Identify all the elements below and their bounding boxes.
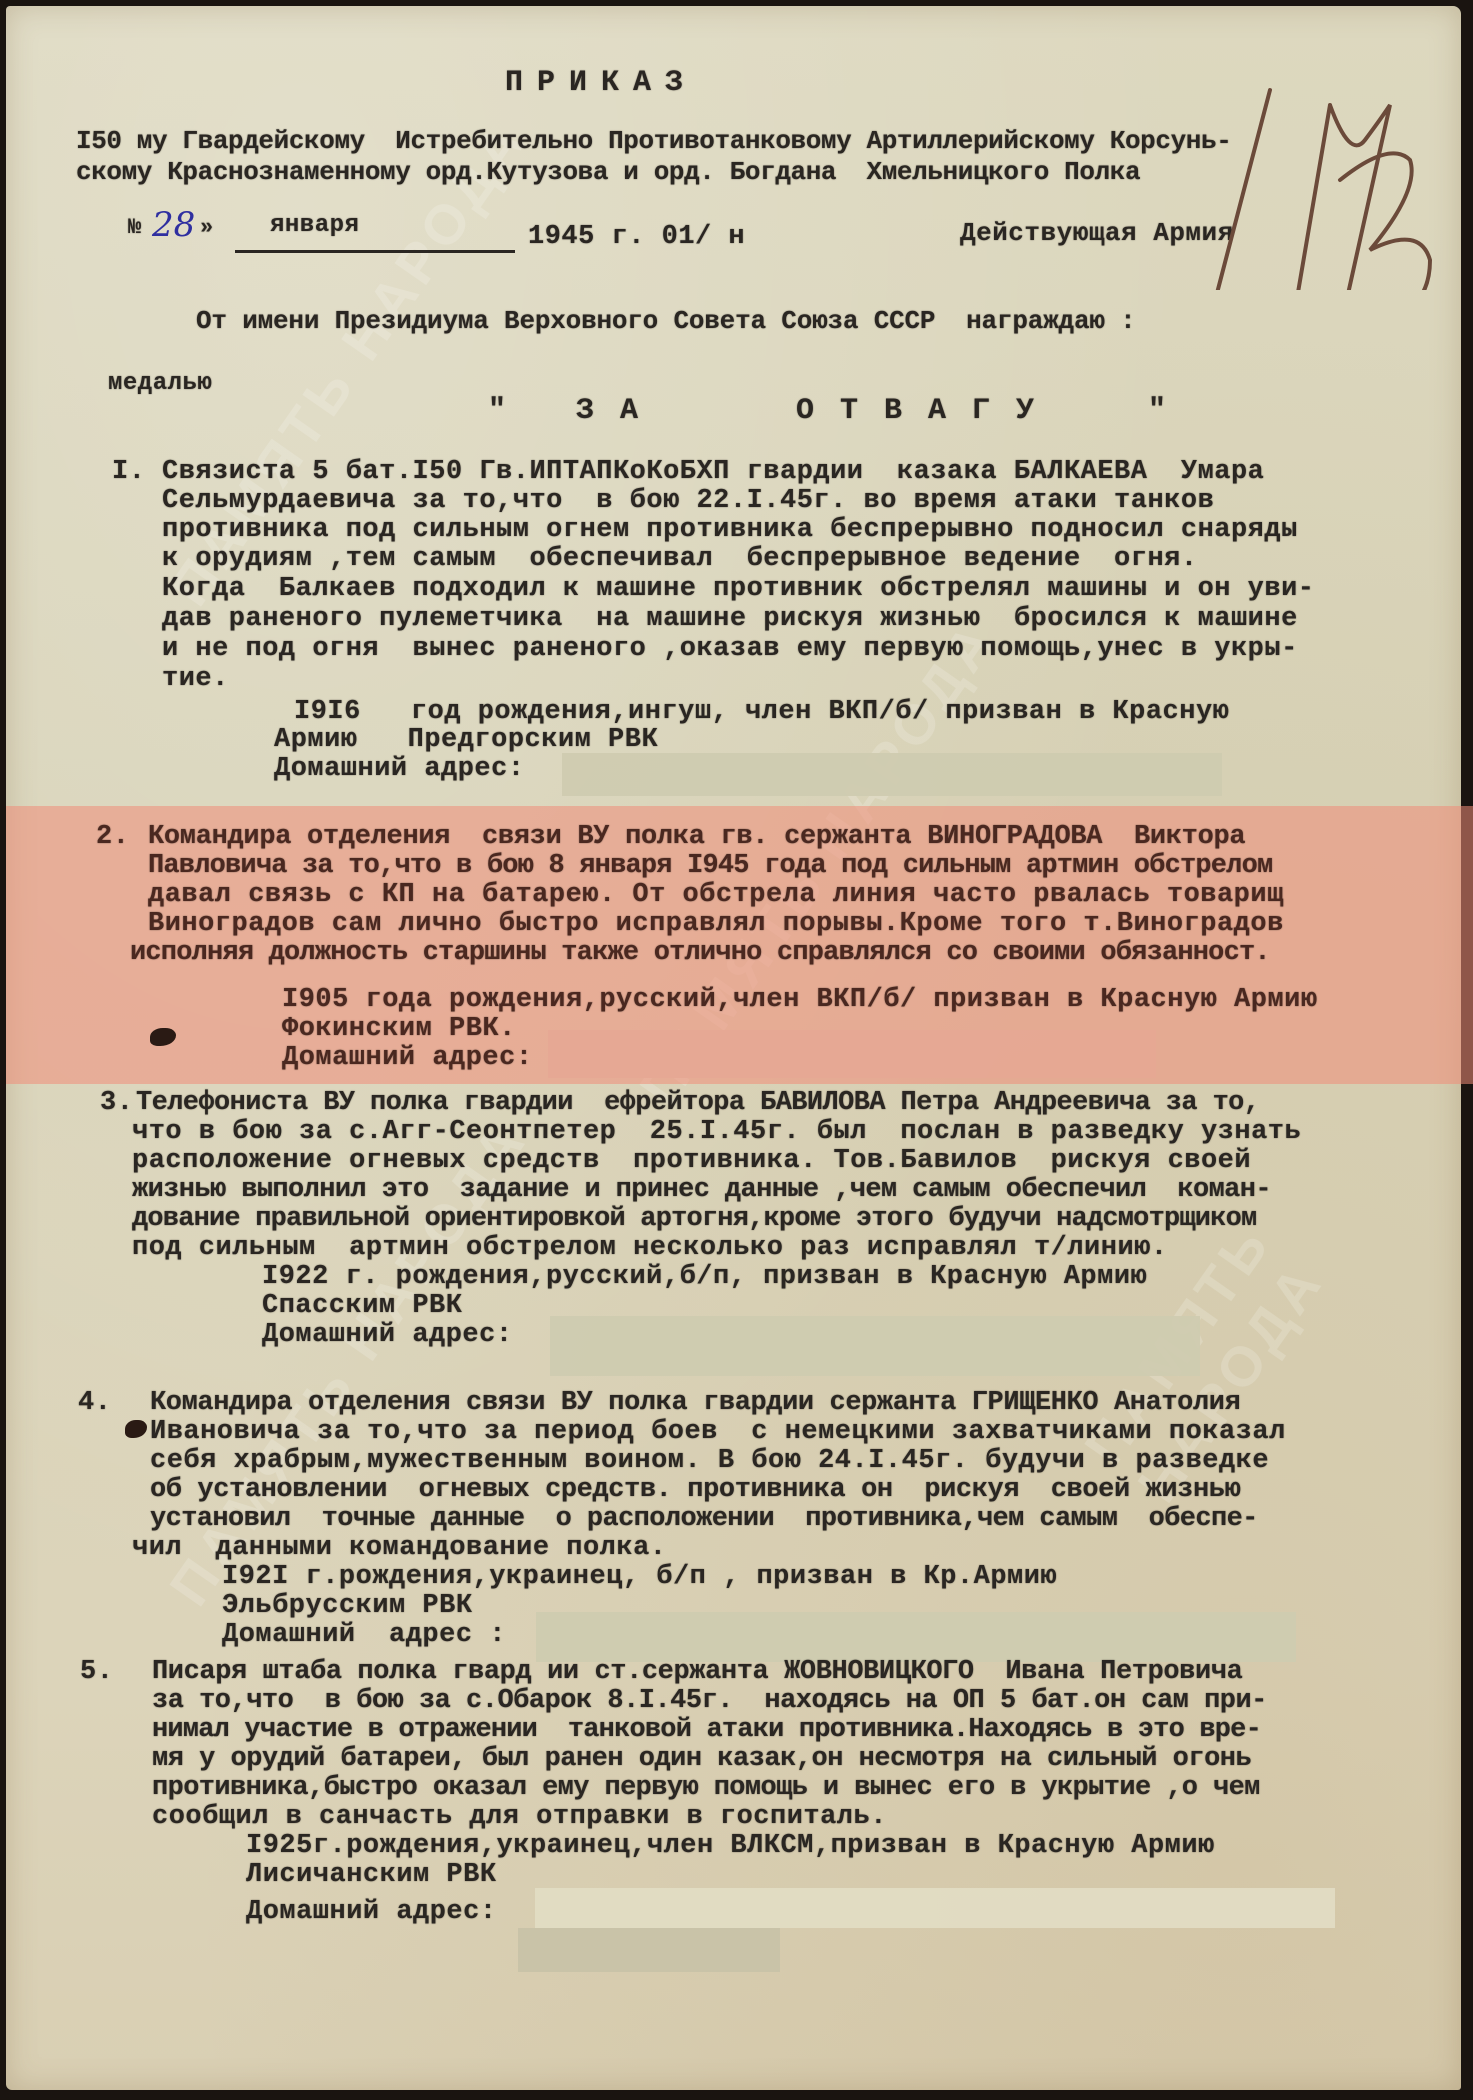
entry-line: исполняя должность старшины также отличн… xyxy=(130,938,1270,968)
bio-line: Армию Предгорским РВК xyxy=(274,725,658,755)
entry-line: дование правильной ориентировкой артогня… xyxy=(132,1204,1256,1234)
bio-line: Домашний адрес: xyxy=(274,754,525,784)
entry-line: под сильным артмин обстрелом несколько р… xyxy=(132,1233,1168,1263)
entry-line: Ивановича за то,что за период боев с нем… xyxy=(150,1417,1286,1447)
bio-line: Домашний адрес: xyxy=(282,1043,533,1073)
handwritten-number-173 xyxy=(1200,50,1440,290)
entry-line: Писаря штаба полка гвард ии ст.сержанта … xyxy=(152,1657,1242,1687)
entry-line: Виноградов сам лично быстро исправлял по… xyxy=(148,909,1284,939)
preamble: От имени Президиума Верховного Совета Со… xyxy=(196,306,1136,336)
item-number: I. xyxy=(112,457,145,487)
bio-line: Спасским РВК xyxy=(262,1291,462,1321)
entry-line: нимал участие в отражении танковой атаки… xyxy=(152,1715,1261,1745)
entry-line: противника,быстро оказал ему первую помо… xyxy=(152,1773,1260,1803)
date-suffix: » xyxy=(200,215,214,240)
bio-line: I905 года рождения,русский,член ВКП/б/ п… xyxy=(282,985,1318,1015)
entry-line: жизнью выполнил это задание и принес дан… xyxy=(132,1175,1271,1205)
redacted-address xyxy=(550,1316,1200,1376)
entry-line: противника под сильным огнем противника … xyxy=(162,515,1298,545)
entry-line: чил данными командование полка. xyxy=(132,1533,666,1563)
bio-line: I925г.рождения,украинец,член ВЛКСМ,призв… xyxy=(246,1831,1215,1861)
entry-line: мя у орудий батареи, был ранен один каза… xyxy=(152,1744,1251,1774)
entry-line: давал связь с КП на батарею. От обстрела… xyxy=(148,880,1284,910)
entry-line: Павловича за то,что в бою 8 января I945 … xyxy=(148,851,1272,881)
entry-line: об установлении огневых средств. противн… xyxy=(150,1475,1240,1505)
award-label: медалью xyxy=(108,370,212,397)
item-number: 5. xyxy=(80,1657,113,1687)
item-number: 4. xyxy=(78,1388,111,1418)
redacted-address xyxy=(562,753,1222,796)
entry-line: за то,что в бою за с.Обарок 8.I.45г. нах… xyxy=(152,1686,1267,1716)
bio-line: I92I г.рождения,украинец, б/п , призван … xyxy=(222,1562,1057,1592)
entry-line: себя храбрым,мужественным воином. В бою … xyxy=(150,1446,1269,1476)
bio-line: Лисичанским РВК xyxy=(246,1860,497,1890)
entry-line: расположение огневых средств противника.… xyxy=(132,1146,1251,1176)
entry-line: Связиста 5 бат.I50 Гв.ИПТАПКоКоБХП гвард… xyxy=(162,457,1264,487)
item-number: 3. xyxy=(100,1088,133,1118)
entry-line: что в бою за с.Агг-Сеонтпетер 25.I.45г. … xyxy=(132,1117,1301,1147)
redacted-address xyxy=(535,1888,1335,1928)
redacted-address xyxy=(518,1928,780,1972)
entry-line: Телефониста ВУ полка гвардии ефрейтора Б… xyxy=(136,1088,1259,1118)
item-number: 2. xyxy=(96,822,129,852)
redacted-address xyxy=(548,1030,1156,1078)
bio-line: I9I6 год рождения,ингуш, член ВКП/б/ при… xyxy=(294,697,1229,727)
entry-line: дав раненого пулеметчика на машине риску… xyxy=(162,604,1298,634)
entry-line: к орудиям ,тем самым обеспечивал беспрер… xyxy=(162,544,1198,574)
date-prefix: № xyxy=(128,215,142,240)
entry-line: установил точные данные о расположении п… xyxy=(150,1504,1258,1534)
bio-line: Домашний адрес : xyxy=(222,1620,506,1650)
award-name: " ЗА ОТВАГУ " xyxy=(488,394,1192,428)
month-underline xyxy=(235,250,515,253)
entry-line: и не под огня вынес раненого ,оказав ему… xyxy=(162,634,1298,664)
date-month: января xyxy=(270,212,359,239)
bio-line: Домашний адрес: xyxy=(262,1320,513,1350)
date-year-number: 1945 г. 01/ н xyxy=(528,222,745,252)
bio-line: I922 г. рождения,русский,б/п, призван в … xyxy=(262,1262,1147,1292)
redacted-address xyxy=(536,1612,1296,1662)
entry-line: тие. xyxy=(162,664,229,694)
unit-name-line-2: скому Краснознаменному орд.Кутузова и ор… xyxy=(76,157,1140,187)
entry-line: Командира отделения связи ВУ полка гв. с… xyxy=(148,822,1245,852)
unit-name-line-1: I50 му Гвардейскому Истребительно Против… xyxy=(76,126,1231,156)
handwritten-day: 28 xyxy=(152,205,195,245)
bio-line: Фокинским РВК. xyxy=(282,1014,516,1044)
document-title: ПРИКАЗ xyxy=(505,66,697,100)
bio-line: Эльбрусским РВК xyxy=(222,1591,473,1621)
entry-line: сообщил в санчасть для отправки в госпит… xyxy=(152,1802,887,1832)
entry-line: Когда Балкаев подходил к машине противни… xyxy=(162,574,1314,604)
location: Действующая Армия xyxy=(960,218,1234,248)
entry-line: Командира отделения связи ВУ полка гвард… xyxy=(150,1388,1240,1418)
entry-line: Сельмурдаевича за то,что в бою 22.I.45г.… xyxy=(162,486,1214,516)
bio-line: Домашний адрес: xyxy=(246,1897,497,1927)
